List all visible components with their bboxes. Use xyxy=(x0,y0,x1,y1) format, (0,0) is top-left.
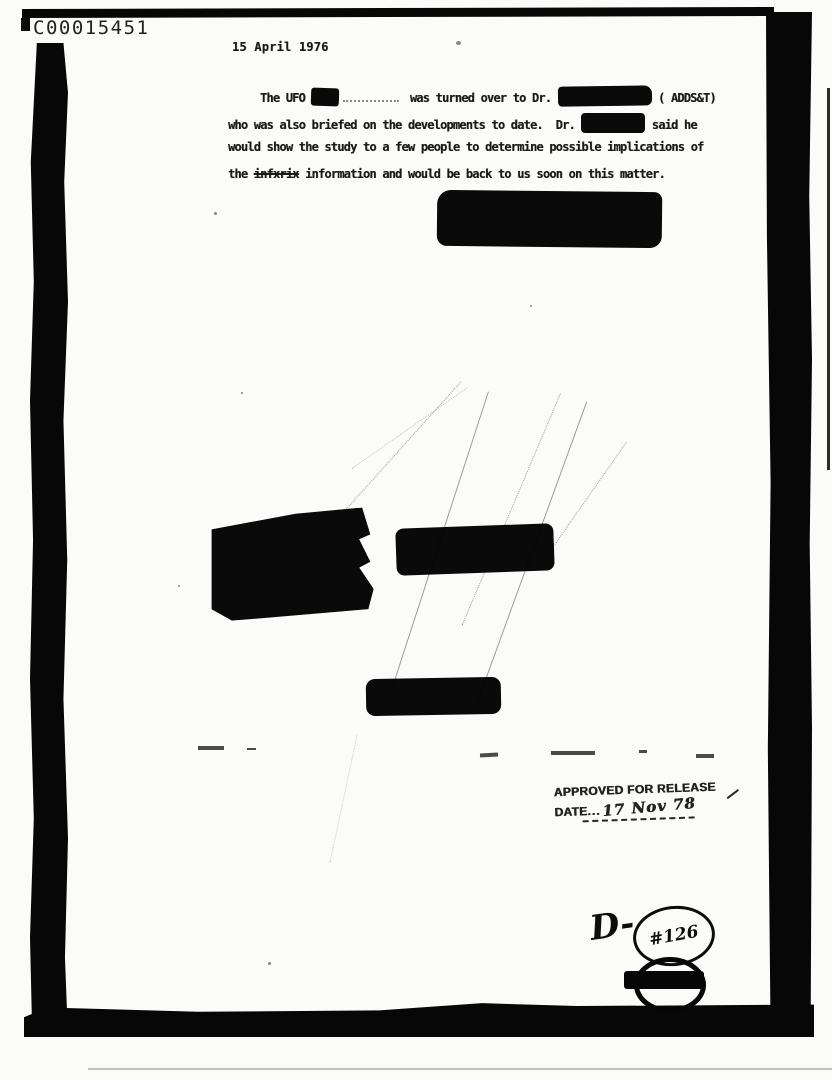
header-tick-mark xyxy=(21,18,30,31)
approval-stamp: APPROVED FOR RELEASE DATE...17 Nov 78 xyxy=(553,779,744,824)
scan-artifact-bottom-rule xyxy=(88,1068,832,1070)
stamp-date-line: DATE...17 Nov 78 xyxy=(554,796,745,821)
paragraph-line-4: the infxrix information and would be bac… xyxy=(228,167,665,181)
redaction-circle-ring xyxy=(634,957,706,1013)
scratch-line xyxy=(352,388,467,469)
faded-text-trace xyxy=(343,90,399,102)
line1-text-mid: was turned over to Dr. xyxy=(403,91,557,105)
line1-text-pre: The UFO xyxy=(260,91,311,105)
stamp-date-label: DATE xyxy=(554,804,587,819)
scan-artifact-left-band xyxy=(30,43,68,1037)
stray-mark xyxy=(480,753,498,758)
stray-mark xyxy=(639,750,647,753)
scan-speck xyxy=(241,392,243,394)
document-id: C00015451 xyxy=(33,17,149,39)
paragraph-line-1: The UFO was turned over to Dr. ( ADDS&T) xyxy=(232,86,716,106)
redaction-ufo-subject xyxy=(311,88,340,107)
scanned-document-page: C00015451 15 April 1976 The UFO was turn… xyxy=(0,0,832,1080)
paragraph-line-3: would show the study to a few people to … xyxy=(228,140,703,154)
stray-mark xyxy=(198,746,224,750)
scan-artifact-bottom-band xyxy=(24,1001,814,1037)
handwritten-d-mark: D- xyxy=(587,903,636,949)
redaction-block-2 xyxy=(206,507,375,622)
line4-text-post: information and would be back to us soon… xyxy=(299,167,665,181)
scratch-line xyxy=(330,735,358,862)
scan-speck xyxy=(214,212,217,215)
redaction-block-4 xyxy=(366,677,502,716)
scratch-line xyxy=(545,442,627,559)
scan-artifact-right-band xyxy=(766,12,812,1035)
strikethrough-word: infxrix xyxy=(254,167,299,181)
scan-speck xyxy=(530,305,532,307)
redaction-block-3 xyxy=(395,523,555,575)
line2-text-post: said he xyxy=(645,118,696,132)
line4-text-pre: the xyxy=(228,167,254,181)
scan-artifact-right-edge-line xyxy=(827,88,830,470)
stamp-dotted-leader: ... xyxy=(587,804,600,818)
scan-speck xyxy=(178,585,180,587)
line2-text-pre: who was also briefed on the developments… xyxy=(228,118,581,132)
stray-mark xyxy=(696,754,714,758)
line1-text-post: ( ADDS&T) xyxy=(652,91,716,105)
stray-mark xyxy=(247,748,256,750)
scan-speck xyxy=(456,41,461,45)
paragraph-line-2: who was also briefed on the developments… xyxy=(228,113,697,133)
stray-mark xyxy=(551,751,595,755)
redaction-block-1 xyxy=(437,190,663,248)
redaction-name-2 xyxy=(581,113,645,133)
redaction-name-1 xyxy=(557,85,651,106)
circled-number-text: #126 xyxy=(648,922,700,950)
document-date: 15 April 1976 xyxy=(232,40,329,54)
scan-speck xyxy=(268,962,271,965)
